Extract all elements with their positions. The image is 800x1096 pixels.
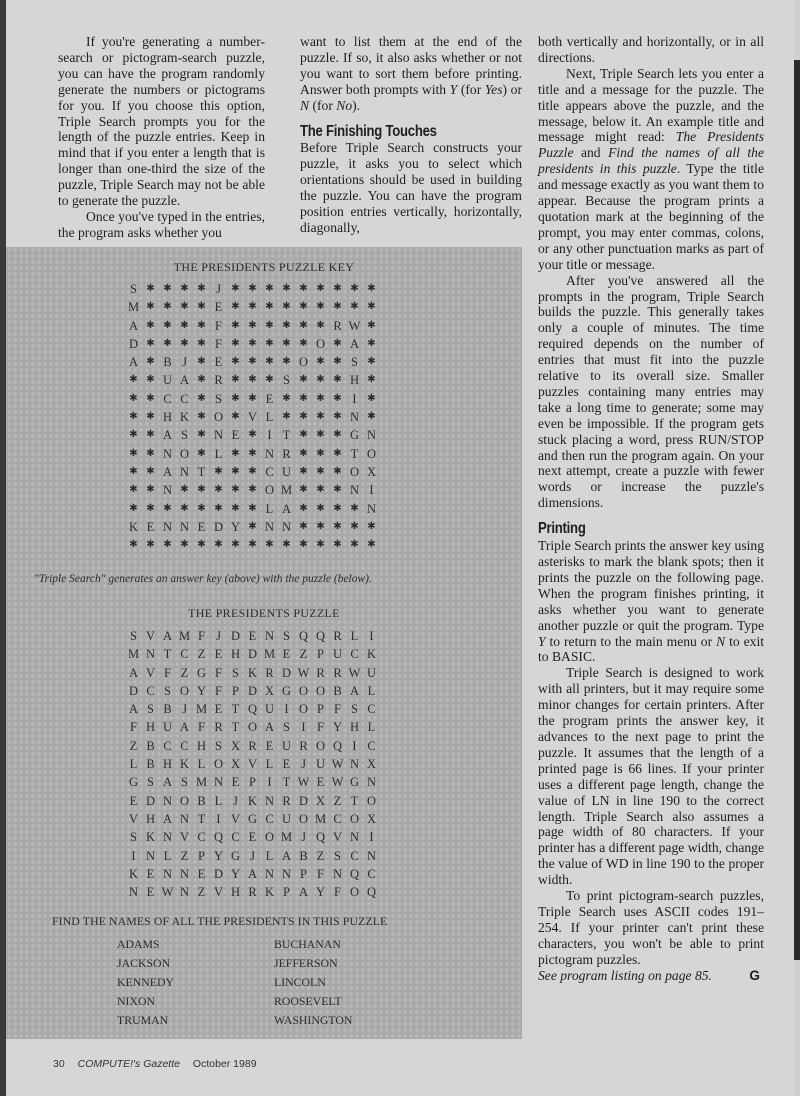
grid-letter-cell: A bbox=[159, 773, 176, 791]
grid-blank-cell: ✱ bbox=[363, 536, 380, 554]
grid-letter-cell: X bbox=[363, 810, 380, 828]
grid-letter-cell: X bbox=[227, 737, 244, 755]
grid-blank-cell: ✱ bbox=[363, 371, 380, 389]
grid-blank-cell: ✱ bbox=[142, 335, 159, 353]
grid-blank-cell: ✱ bbox=[346, 518, 363, 536]
grid-letter-cell: I bbox=[363, 481, 380, 499]
grid-blank-cell: ✱ bbox=[346, 280, 363, 298]
grid-letter-cell: M bbox=[125, 645, 142, 663]
grid-blank-cell: ✱ bbox=[193, 500, 210, 518]
article-column-3: both vertically and horizontally, or in … bbox=[538, 34, 764, 983]
grid-letter-cell: H bbox=[159, 755, 176, 773]
grid-letter-cell: J bbox=[176, 353, 193, 371]
grid-blank-cell: ✱ bbox=[244, 481, 261, 499]
grid-letter-cell: V bbox=[210, 883, 227, 901]
article-column-2: want to list them at the end of the puzz… bbox=[300, 34, 522, 236]
grid-letter-cell: R bbox=[244, 883, 261, 901]
grid-letter-cell: I bbox=[295, 718, 312, 736]
grid-letter-cell: R bbox=[210, 718, 227, 736]
grid-letter-cell: S bbox=[346, 353, 363, 371]
grid-letter-cell: T bbox=[346, 792, 363, 810]
grid-letter-cell: Y bbox=[227, 865, 244, 883]
end-of-article-mark: G bbox=[749, 968, 760, 984]
grid-letter-cell: A bbox=[176, 371, 193, 389]
grid-blank-cell: ✱ bbox=[193, 353, 210, 371]
grid-letter-cell: E bbox=[142, 883, 159, 901]
grid-letter-cell: N bbox=[261, 627, 278, 645]
grid-blank-cell: ✱ bbox=[176, 536, 193, 554]
grid-blank-cell: ✱ bbox=[261, 536, 278, 554]
grid-letter-cell: C bbox=[346, 645, 363, 663]
grid-letter-cell: A bbox=[159, 463, 176, 481]
grid-letter-cell: W bbox=[346, 664, 363, 682]
grid-letter-cell: D bbox=[278, 664, 295, 682]
grid-letter-cell: K bbox=[125, 518, 142, 536]
grid-letter-cell: G bbox=[125, 773, 142, 791]
grid-letter-cell: A bbox=[125, 700, 142, 718]
grid-letter-cell: I bbox=[210, 810, 227, 828]
grid-blank-cell: ✱ bbox=[193, 426, 210, 444]
grid-letter-cell: N bbox=[176, 883, 193, 901]
grid-letter-cell: N bbox=[363, 426, 380, 444]
grid-letter-cell: S bbox=[142, 700, 159, 718]
grid-letter-cell: V bbox=[142, 664, 159, 682]
grid-blank-cell: ✱ bbox=[210, 481, 227, 499]
grid-letter-cell: K bbox=[261, 883, 278, 901]
grid-letter-cell: M bbox=[193, 773, 210, 791]
grid-letter-cell: U bbox=[363, 664, 380, 682]
grid-letter-cell: W bbox=[329, 773, 346, 791]
grid-blank-cell: ✱ bbox=[261, 280, 278, 298]
scan-edge-right bbox=[794, 60, 800, 960]
grid-letter-cell: V bbox=[329, 828, 346, 846]
grid-letter-cell: S bbox=[176, 773, 193, 791]
grid-blank-cell: ✱ bbox=[312, 298, 329, 316]
grid-blank-cell: ✱ bbox=[210, 536, 227, 554]
grid-blank-cell: ✱ bbox=[346, 298, 363, 316]
grid-blank-cell: ✱ bbox=[363, 518, 380, 536]
paragraph: To print pictogram-search puzzles, Tripl… bbox=[538, 888, 764, 968]
grid-letter-cell: C bbox=[142, 682, 159, 700]
grid-letter-cell: V bbox=[244, 755, 261, 773]
grid-blank-cell: ✱ bbox=[244, 445, 261, 463]
grid-blank-cell: ✱ bbox=[125, 390, 142, 408]
grid-letter-cell: Z bbox=[329, 792, 346, 810]
grid-letter-cell: T bbox=[193, 463, 210, 481]
grid-letter-cell: O bbox=[363, 445, 380, 463]
grid-blank-cell: ✱ bbox=[125, 500, 142, 518]
word-list-item: ADAMS bbox=[117, 935, 174, 954]
grid-blank-cell: ✱ bbox=[329, 390, 346, 408]
grid-blank-cell: ✱ bbox=[295, 463, 312, 481]
grid-letter-cell: P bbox=[295, 865, 312, 883]
grid-letter-cell: B bbox=[295, 847, 312, 865]
grid-letter-cell: Z bbox=[193, 645, 210, 663]
grid-blank-cell: ✱ bbox=[227, 298, 244, 316]
grid-letter-cell: F bbox=[329, 883, 346, 901]
grid-letter-cell: O bbox=[176, 792, 193, 810]
grid-blank-cell: ✱ bbox=[329, 445, 346, 463]
grid-letter-cell: G bbox=[346, 426, 363, 444]
grid-blank-cell: ✱ bbox=[278, 390, 295, 408]
grid-letter-cell: S bbox=[125, 627, 142, 645]
grid-letter-cell: E bbox=[244, 627, 261, 645]
grid-blank-cell: ✱ bbox=[193, 536, 210, 554]
grid-letter-cell: B bbox=[142, 737, 159, 755]
grid-letter-cell: D bbox=[210, 865, 227, 883]
grid-blank-cell: ✱ bbox=[329, 518, 346, 536]
grid-blank-cell: ✱ bbox=[142, 280, 159, 298]
grid-letter-cell: O bbox=[295, 353, 312, 371]
grid-blank-cell: ✱ bbox=[227, 408, 244, 426]
grid-letter-cell: T bbox=[193, 810, 210, 828]
grid-letter-cell: B bbox=[159, 353, 176, 371]
grid-letter-cell: U bbox=[278, 463, 295, 481]
grid-blank-cell: ✱ bbox=[159, 317, 176, 335]
grid-letter-cell: P bbox=[227, 682, 244, 700]
grid-blank-cell: ✱ bbox=[244, 426, 261, 444]
grid-letter-cell: I bbox=[261, 773, 278, 791]
grid-letter-cell: N bbox=[142, 645, 159, 663]
grid-letter-cell: S bbox=[227, 664, 244, 682]
grid-letter-cell: P bbox=[244, 773, 261, 791]
paragraph: Next, Triple Search lets you enter a tit… bbox=[538, 66, 764, 273]
grid-letter-cell: Y bbox=[312, 883, 329, 901]
grid-letter-cell: E bbox=[227, 426, 244, 444]
grid-letter-cell: V bbox=[125, 810, 142, 828]
grid-letter-cell: C bbox=[176, 390, 193, 408]
grid-blank-cell: ✱ bbox=[312, 463, 329, 481]
grid-letter-cell: K bbox=[244, 664, 261, 682]
grid-letter-cell: P bbox=[193, 847, 210, 865]
grid-letter-cell: G bbox=[244, 810, 261, 828]
grid-letter-cell: A bbox=[159, 810, 176, 828]
paragraph: Triple Search prints the answer key usin… bbox=[538, 538, 764, 665]
grid-blank-cell: ✱ bbox=[329, 408, 346, 426]
word-list-item: NIXON bbox=[117, 992, 174, 1011]
grid-blank-cell: ✱ bbox=[346, 536, 363, 554]
grid-blank-cell: ✱ bbox=[193, 317, 210, 335]
grid-blank-cell: ✱ bbox=[176, 500, 193, 518]
grid-blank-cell: ✱ bbox=[363, 298, 380, 316]
grid-letter-cell: M bbox=[176, 627, 193, 645]
grid-letter-cell: H bbox=[346, 718, 363, 736]
grid-letter-cell: S bbox=[329, 847, 346, 865]
grid-blank-cell: ✱ bbox=[312, 445, 329, 463]
grid-letter-cell: D bbox=[244, 682, 261, 700]
grid-letter-cell: A bbox=[261, 718, 278, 736]
grid-letter-cell: N bbox=[159, 828, 176, 846]
grid-blank-cell: ✱ bbox=[295, 518, 312, 536]
grid-letter-cell: N bbox=[159, 792, 176, 810]
grid-letter-cell: L bbox=[159, 847, 176, 865]
grid-blank-cell: ✱ bbox=[142, 371, 159, 389]
grid-blank-cell: ✱ bbox=[227, 536, 244, 554]
grid-letter-cell: O bbox=[312, 682, 329, 700]
grid-blank-cell: ✱ bbox=[142, 426, 159, 444]
grid-letter-cell: V bbox=[176, 828, 193, 846]
grid-blank-cell: ✱ bbox=[363, 317, 380, 335]
grid-blank-cell: ✱ bbox=[278, 353, 295, 371]
grid-blank-cell: ✱ bbox=[244, 500, 261, 518]
grid-blank-cell: ✱ bbox=[278, 408, 295, 426]
grid-blank-cell: ✱ bbox=[261, 353, 278, 371]
grid-blank-cell: ✱ bbox=[363, 353, 380, 371]
page-number: 30 bbox=[53, 1058, 65, 1070]
paragraph: want to list them at the end of the puzz… bbox=[300, 34, 522, 114]
page-footer: 30 COMPUTE!'s Gazette October 1989 bbox=[53, 1058, 267, 1070]
grid-letter-cell: I bbox=[125, 847, 142, 865]
grid-letter-cell: B bbox=[329, 682, 346, 700]
puzzle-grid: SVAMFJDENSQQRLIMNTCZEHDMEZPUCKAVFZGFSKRD… bbox=[125, 627, 380, 901]
grid-letter-cell: S bbox=[142, 773, 159, 791]
answer-key-title: THE PRESIDENTS PUZZLE KEY bbox=[6, 260, 522, 275]
grid-letter-cell: U bbox=[329, 645, 346, 663]
grid-letter-cell: S bbox=[278, 627, 295, 645]
grid-blank-cell: ✱ bbox=[363, 390, 380, 408]
grid-blank-cell: ✱ bbox=[142, 298, 159, 316]
grid-letter-cell: X bbox=[363, 463, 380, 481]
grid-letter-cell: I bbox=[363, 828, 380, 846]
grid-blank-cell: ✱ bbox=[125, 445, 142, 463]
grid-letter-cell: A bbox=[125, 353, 142, 371]
paragraph: Triple Search is designed to work with a… bbox=[538, 665, 764, 888]
grid-letter-cell: S bbox=[346, 700, 363, 718]
grid-blank-cell: ✱ bbox=[244, 518, 261, 536]
grid-letter-cell: M bbox=[261, 645, 278, 663]
grid-letter-cell: O bbox=[312, 335, 329, 353]
grid-blank-cell: ✱ bbox=[295, 426, 312, 444]
grid-blank-cell: ✱ bbox=[125, 463, 142, 481]
grid-letter-cell: E bbox=[210, 353, 227, 371]
grid-letter-cell: N bbox=[261, 792, 278, 810]
grid-blank-cell: ✱ bbox=[312, 353, 329, 371]
grid-blank-cell: ✱ bbox=[244, 298, 261, 316]
grid-letter-cell: V bbox=[244, 408, 261, 426]
grid-blank-cell: ✱ bbox=[125, 536, 142, 554]
grid-blank-cell: ✱ bbox=[261, 335, 278, 353]
grid-letter-cell: E bbox=[210, 645, 227, 663]
grid-letter-cell: R bbox=[329, 664, 346, 682]
grid-letter-cell: N bbox=[261, 518, 278, 536]
grid-letter-cell: A bbox=[159, 627, 176, 645]
grid-letter-cell: K bbox=[176, 755, 193, 773]
grid-blank-cell: ✱ bbox=[295, 371, 312, 389]
grid-letter-cell: F bbox=[193, 627, 210, 645]
grid-letter-cell: E bbox=[125, 792, 142, 810]
grid-letter-cell: S bbox=[125, 828, 142, 846]
grid-letter-cell: N bbox=[159, 865, 176, 883]
grid-blank-cell: ✱ bbox=[142, 408, 159, 426]
grid-letter-cell: F bbox=[210, 317, 227, 335]
grid-letter-cell: J bbox=[210, 280, 227, 298]
grid-blank-cell: ✱ bbox=[176, 317, 193, 335]
grid-letter-cell: S bbox=[278, 371, 295, 389]
grid-blank-cell: ✱ bbox=[363, 408, 380, 426]
grid-letter-cell: J bbox=[295, 755, 312, 773]
grid-letter-cell: R bbox=[329, 317, 346, 335]
grid-blank-cell: ✱ bbox=[227, 445, 244, 463]
grid-letter-cell: O bbox=[210, 755, 227, 773]
grid-letter-cell: N bbox=[278, 518, 295, 536]
grid-letter-cell: G bbox=[278, 682, 295, 700]
grid-letter-cell: Y bbox=[329, 718, 346, 736]
grid-blank-cell: ✱ bbox=[227, 335, 244, 353]
grid-blank-cell: ✱ bbox=[329, 335, 346, 353]
grid-letter-cell: H bbox=[346, 371, 363, 389]
grid-letter-cell: C bbox=[261, 810, 278, 828]
word-list-left: ADAMSJACKSONKENNEDYNIXONTRUMAN bbox=[117, 935, 174, 1030]
grid-blank-cell: ✱ bbox=[142, 445, 159, 463]
grid-blank-cell: ✱ bbox=[227, 481, 244, 499]
grid-letter-cell: V bbox=[142, 627, 159, 645]
grid-letter-cell: U bbox=[312, 755, 329, 773]
grid-letter-cell: C bbox=[227, 828, 244, 846]
grid-letter-cell: A bbox=[278, 500, 295, 518]
grid-letter-cell: B bbox=[142, 755, 159, 773]
grid-letter-cell: W bbox=[346, 317, 363, 335]
grid-blank-cell: ✱ bbox=[312, 317, 329, 335]
grid-letter-cell: E bbox=[210, 700, 227, 718]
grid-blank-cell: ✱ bbox=[295, 536, 312, 554]
grid-letter-cell: E bbox=[261, 737, 278, 755]
grid-blank-cell: ✱ bbox=[295, 408, 312, 426]
grid-blank-cell: ✱ bbox=[261, 298, 278, 316]
word-list-item: LINCOLN bbox=[274, 973, 352, 992]
grid-blank-cell: ✱ bbox=[278, 298, 295, 316]
grid-letter-cell: U bbox=[261, 700, 278, 718]
grid-blank-cell: ✱ bbox=[312, 500, 329, 518]
grid-letter-cell: O bbox=[176, 682, 193, 700]
grid-letter-cell: B bbox=[193, 792, 210, 810]
grid-letter-cell: E bbox=[142, 865, 159, 883]
grid-letter-cell: H bbox=[227, 883, 244, 901]
grid-letter-cell: L bbox=[346, 627, 363, 645]
grid-blank-cell: ✱ bbox=[295, 335, 312, 353]
grid-blank-cell: ✱ bbox=[312, 371, 329, 389]
figure-box: THE PRESIDENTS PUZZLE KEY S✱✱✱✱J✱✱✱✱✱✱✱✱… bbox=[6, 247, 522, 1039]
grid-letter-cell: C bbox=[363, 737, 380, 755]
grid-letter-cell: C bbox=[261, 463, 278, 481]
grid-letter-cell: X bbox=[261, 682, 278, 700]
paragraph: both vertically and horizontally, or in … bbox=[538, 34, 764, 66]
grid-letter-cell: E bbox=[210, 298, 227, 316]
grid-letter-cell: L bbox=[210, 792, 227, 810]
grid-letter-cell: L bbox=[261, 500, 278, 518]
grid-letter-cell: O bbox=[210, 408, 227, 426]
grid-blank-cell: ✱ bbox=[159, 335, 176, 353]
grid-blank-cell: ✱ bbox=[312, 536, 329, 554]
grid-blank-cell: ✱ bbox=[193, 408, 210, 426]
grid-letter-cell: L bbox=[261, 755, 278, 773]
grid-letter-cell: C bbox=[176, 645, 193, 663]
grid-letter-cell: E bbox=[193, 518, 210, 536]
grid-letter-cell: K bbox=[125, 865, 142, 883]
grid-letter-cell: C bbox=[159, 390, 176, 408]
grid-letter-cell: E bbox=[278, 755, 295, 773]
grid-letter-cell: I bbox=[278, 700, 295, 718]
grid-letter-cell: Z bbox=[193, 883, 210, 901]
grid-letter-cell: P bbox=[312, 700, 329, 718]
grid-blank-cell: ✱ bbox=[329, 463, 346, 481]
grid-letter-cell: A bbox=[159, 426, 176, 444]
grid-letter-cell: K bbox=[363, 645, 380, 663]
grid-blank-cell: ✱ bbox=[329, 353, 346, 371]
grid-blank-cell: ✱ bbox=[176, 335, 193, 353]
grid-blank-cell: ✱ bbox=[142, 390, 159, 408]
grid-letter-cell: M bbox=[193, 700, 210, 718]
word-list-item: KENNEDY bbox=[117, 973, 174, 992]
grid-letter-cell: S bbox=[210, 390, 227, 408]
grid-blank-cell: ✱ bbox=[244, 353, 261, 371]
grid-letter-cell: Q bbox=[363, 883, 380, 901]
grid-letter-cell: Y bbox=[227, 518, 244, 536]
grid-letter-cell: X bbox=[363, 755, 380, 773]
grid-letter-cell: O bbox=[346, 463, 363, 481]
grid-letter-cell: T bbox=[346, 445, 363, 463]
grid-blank-cell: ✱ bbox=[210, 463, 227, 481]
grid-letter-cell: G bbox=[346, 773, 363, 791]
grid-blank-cell: ✱ bbox=[329, 500, 346, 518]
grid-letter-cell: F bbox=[159, 664, 176, 682]
grid-letter-cell: A bbox=[278, 847, 295, 865]
grid-letter-cell: M bbox=[278, 828, 295, 846]
grid-letter-cell: A bbox=[176, 718, 193, 736]
grid-letter-cell: N bbox=[210, 773, 227, 791]
grid-letter-cell: A bbox=[346, 335, 363, 353]
figure-caption: "Triple Search" generates an answer key … bbox=[34, 573, 494, 585]
grid-letter-cell: S bbox=[159, 682, 176, 700]
grid-letter-cell: C bbox=[159, 737, 176, 755]
grid-letter-cell: M bbox=[125, 298, 142, 316]
grid-blank-cell: ✱ bbox=[312, 518, 329, 536]
grid-blank-cell: ✱ bbox=[227, 371, 244, 389]
grid-letter-cell: D bbox=[244, 645, 261, 663]
grid-letter-cell: O bbox=[346, 810, 363, 828]
grid-letter-cell: P bbox=[278, 883, 295, 901]
answer-key-grid: S✱✱✱✱J✱✱✱✱✱✱✱✱✱M✱✱✱✱E✱✱✱✱✱✱✱✱✱A✱✱✱✱F✱✱✱✱… bbox=[125, 280, 380, 554]
grid-letter-cell: L bbox=[363, 718, 380, 736]
grid-letter-cell: J bbox=[210, 627, 227, 645]
grid-letter-cell: A bbox=[346, 682, 363, 700]
grid-letter-cell: N bbox=[278, 865, 295, 883]
grid-blank-cell: ✱ bbox=[329, 536, 346, 554]
grid-blank-cell: ✱ bbox=[125, 408, 142, 426]
grid-letter-cell: S bbox=[125, 280, 142, 298]
grid-letter-cell: J bbox=[227, 792, 244, 810]
grid-letter-cell: Y bbox=[193, 682, 210, 700]
grid-letter-cell: N bbox=[346, 755, 363, 773]
grid-blank-cell: ✱ bbox=[193, 371, 210, 389]
grid-letter-cell: G bbox=[193, 664, 210, 682]
grid-blank-cell: ✱ bbox=[346, 500, 363, 518]
grid-letter-cell: A bbox=[295, 883, 312, 901]
grid-letter-cell: C bbox=[363, 700, 380, 718]
grid-blank-cell: ✱ bbox=[227, 463, 244, 481]
grid-blank-cell: ✱ bbox=[312, 408, 329, 426]
grid-letter-cell: D bbox=[125, 682, 142, 700]
grid-letter-cell: W bbox=[295, 773, 312, 791]
grid-letter-cell: C bbox=[346, 847, 363, 865]
grid-blank-cell: ✱ bbox=[125, 426, 142, 444]
grid-letter-cell: W bbox=[159, 883, 176, 901]
word-list-item: ROOSEVELT bbox=[274, 992, 352, 1011]
grid-letter-cell: F bbox=[193, 718, 210, 736]
grid-blank-cell: ✱ bbox=[244, 390, 261, 408]
grid-letter-cell: U bbox=[278, 737, 295, 755]
grid-blank-cell: ✱ bbox=[295, 481, 312, 499]
grid-letter-cell: O bbox=[261, 481, 278, 499]
